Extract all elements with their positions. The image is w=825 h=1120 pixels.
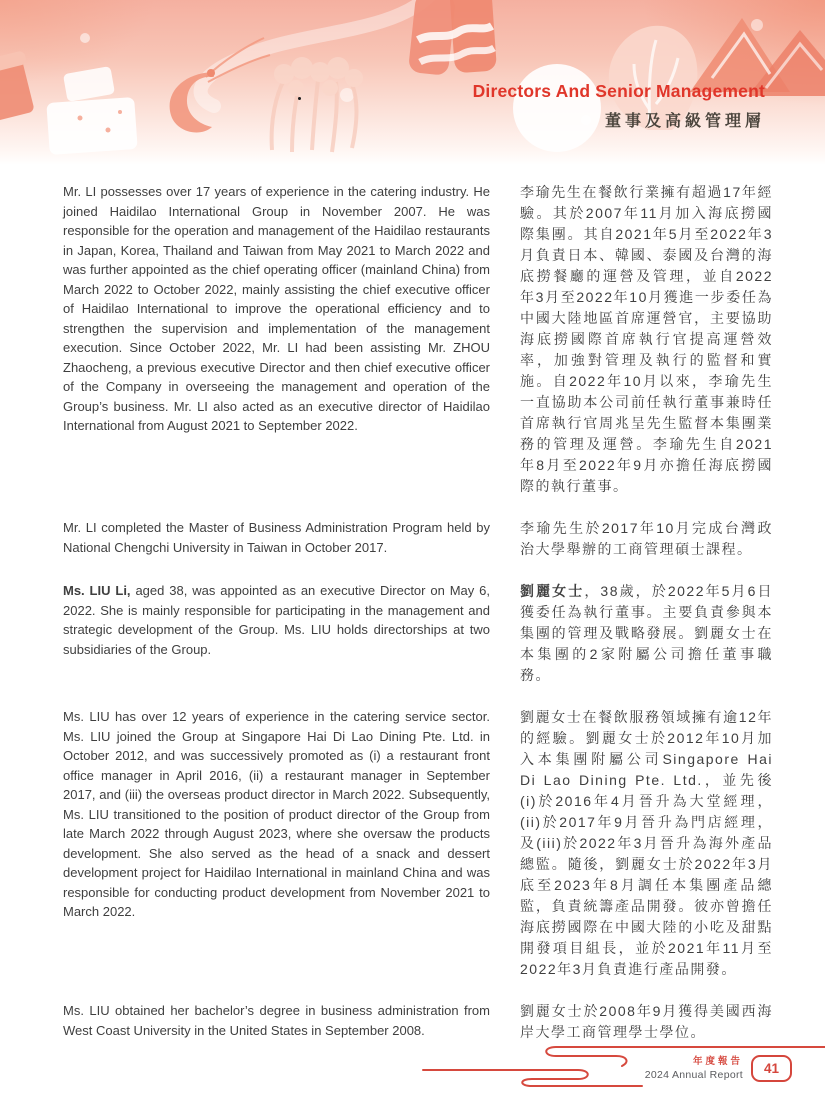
footer-report-title-zh: 年度報告 xyxy=(645,1053,743,1067)
paragraph-zh-1: 李瑜先生在餐飲行業擁有超過17年經驗。其於2007年11月加入海底撈國際集團。其… xyxy=(520,182,773,497)
report-page: Directors And Senior Management 董事及高級管理層… xyxy=(0,0,825,1120)
page-number-badge: 41 xyxy=(751,1055,792,1082)
paragraph-zh-5: 劉麗女士於2008年9月獲得美國西海岸大學工商管理學士學位。 xyxy=(520,1001,773,1043)
paragraph-zh-4: 劉麗女士在餐飲服務領域擁有逾12年的經驗。劉麗女士於2012年10月加入本集團附… xyxy=(520,707,773,980)
header-decoration-band: Directors And Senior Management 董事及高級管理層 xyxy=(0,0,825,165)
paragraph-en-1: Mr. LI possesses over 17 years of experi… xyxy=(63,182,490,497)
tofu-cubes-icon xyxy=(46,66,137,155)
paragraph-zh-3: 劉麗女士，38歲，於2022年5月6日獲委任為執行董事。主要負責參與本集團的管理… xyxy=(520,581,773,686)
enoki-mushroom-icon xyxy=(272,57,363,152)
page-title-zh: 董事及高級管理層 xyxy=(473,108,765,131)
stray-dot xyxy=(298,97,301,100)
paragraph-en-3: Ms. LIU Li, aged 38, was appointed as an… xyxy=(63,581,490,686)
meat-roll-icon xyxy=(408,0,497,76)
footer-report-title-en: 2024 Annual Report xyxy=(645,1069,743,1081)
footer-report-title: 年度報告 2024 Annual Report xyxy=(645,1053,743,1081)
paragraph-en-5: Ms. LIU obtained her bachelor’s degree i… xyxy=(63,1001,490,1043)
bio-content: Mr. LI possesses over 17 years of experi… xyxy=(63,182,773,1043)
page-title-block: Directors And Senior Management 董事及高級管理層 xyxy=(473,81,765,131)
paragraph-en-2: Mr. LI completed the Master of Business … xyxy=(63,518,490,560)
paragraph-en-4: Ms. LIU has over 12 years of experience … xyxy=(63,707,490,980)
sauce-box-icon xyxy=(0,50,39,125)
page-title-en: Directors And Senior Management xyxy=(473,81,765,102)
paragraph-zh-2: 李瑜先生於2017年10月完成台灣政治大學舉辦的工商管理碩士課程。 xyxy=(520,518,773,560)
